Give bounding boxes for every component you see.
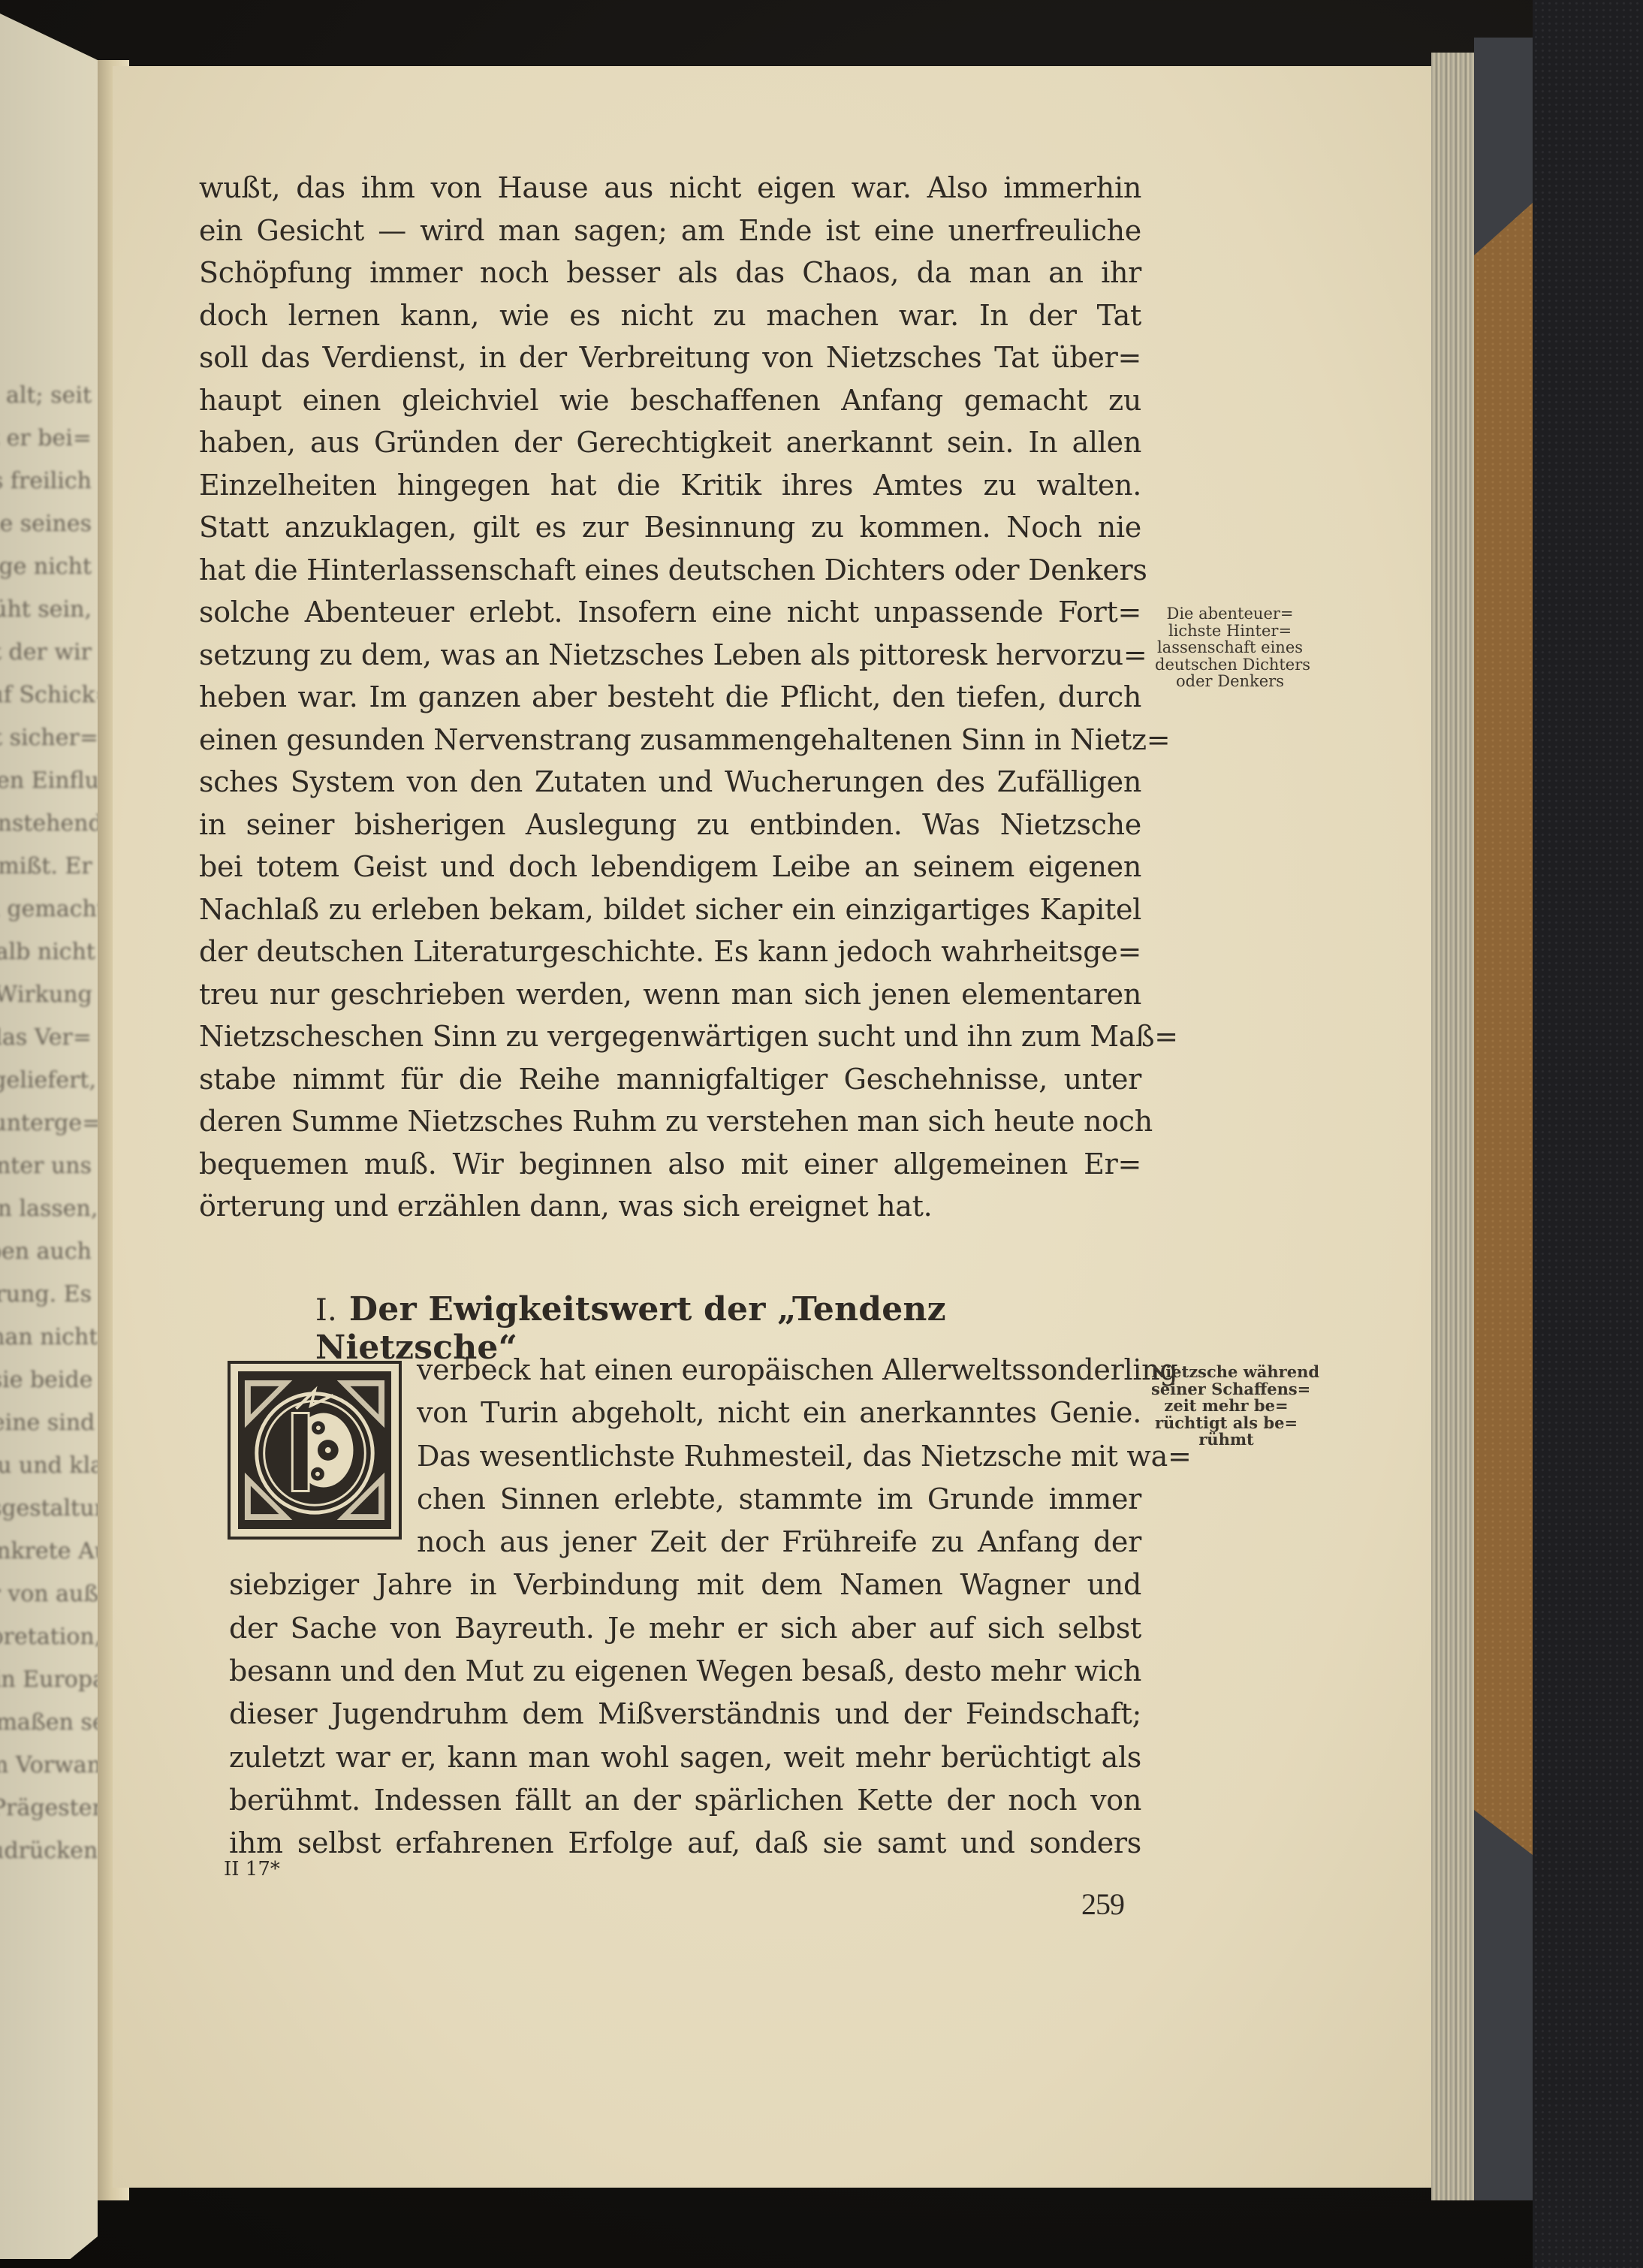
left-page-line: mit der wir <box>0 631 92 674</box>
left-page-line: ie konkrete Aus= <box>0 1530 92 1573</box>
text-line: doch lernen kann, wie es nicht zu machen… <box>199 294 1141 337</box>
left-page-line: bemüht sein, <box>0 588 92 631</box>
text-line: sches System von den Zutaten und Wucheru… <box>199 761 1141 804</box>
text-line: siebziger Jahre in Verbindung mit dem Na… <box>229 1564 1141 1606</box>
left-page-line: ichsten Einfluß <box>0 759 92 802</box>
left-page-line: mmenstehenden <box>0 802 92 845</box>
text-line: örterung und erzählen dann, was sich ere… <box>199 1185 1141 1228</box>
left-page-line: ch auf Schick= <box>0 674 92 716</box>
left-page-line: Zeit in Europa <box>0 1658 92 1701</box>
text-line: soll das Verdienst, in der Verbreitung v… <box>199 336 1141 379</box>
text-line: besann und den Mut zu eigenen Wegen besa… <box>229 1650 1141 1693</box>
text-line: dieser Jugendruhm dem Mißverständnis und… <box>229 1693 1141 1736</box>
left-page-line: bleiben auch <box>0 1230 92 1273</box>
text-line: treu nur geschrieben werden, wenn man si… <box>199 973 1141 1016</box>
text-line: bei totem Geist und doch lebendigem Leib… <box>199 846 1141 888</box>
left-page-line: e unter uns <box>0 1145 92 1187</box>
text-line: ein Gesicht — wird man sagen; am Ende is… <box>199 210 1141 252</box>
text-line: in seiner bisherigen Auslegung zu entbin… <box>199 804 1141 846</box>
marginal-line: zeit mehr be= <box>1151 1398 1301 1415</box>
marginal-line: Nietzsche während <box>1151 1364 1301 1381</box>
text-line: der deutschen Literaturgeschichte. Es ka… <box>199 930 1141 973</box>
text-line: einen gesunden Nervenstrang zusammengeha… <box>199 719 1141 762</box>
left-page-line: r Ausgestaltung <box>0 1487 92 1530</box>
left-page-line: m ist er bei= <box>0 417 92 460</box>
marginal-line: lichste Hinter= <box>1155 623 1305 640</box>
background-cloth-right <box>1533 0 1643 2268</box>
page-block-edges <box>1431 53 1476 2200</box>
text-line: deren Summe Nietzsches Ruhm zu verstehen… <box>199 1100 1141 1143</box>
marginal-note-2: Nietzsche währendseiner Schaffens=zeit m… <box>1151 1364 1301 1449</box>
marginal-line: seiner Schaffens= <box>1151 1381 1301 1398</box>
text-line: Nachlaß zu erleben bekam, bildet sicher … <box>199 888 1141 931</box>
left-page-line: nterpretation, die <box>0 1615 92 1658</box>
text-line: solche Abenteuer erlebt. Insofern eine n… <box>199 591 1141 634</box>
text-line: haupt einen gleichviel wie beschaffenen … <box>199 379 1141 422</box>
marginal-line: rüchtigt als be= <box>1151 1415 1301 1432</box>
left-page-line: iner Wirkung <box>0 973 92 1016</box>
left-page-line: r dem Vorwand <box>0 1744 92 1787</box>
left-page-line: uns freilich <box>0 460 92 502</box>
page-number: 259 <box>1081 1886 1124 1922</box>
marginal-line: lassenschaft eines <box>1155 639 1305 656</box>
left-facing-page: hre alt; seitm ist er bei=uns freilichfa… <box>0 14 98 2259</box>
marginal-note-1: Die abenteuer=lichste Hinter=lassenschaf… <box>1155 605 1305 690</box>
left-page-line: nen Prägestempel <box>0 1787 92 1829</box>
left-page-line: issermaßen selb= <box>0 1701 92 1744</box>
marginal-line: Die abenteuer= <box>1155 605 1305 623</box>
left-page-line: Erfolge nicht <box>0 545 92 588</box>
left-page-line: einer von außen <box>0 1573 92 1615</box>
text-line: stabe nimmt für die Reihe mannigfaltiger… <box>199 1058 1141 1101</box>
left-page-line: mmen lassen, <box>0 1187 92 1230</box>
text-line: der Sache von Bayreuth. Je mehr er sich … <box>229 1607 1141 1650</box>
text-line: chen Sinnen erlebte, stammte im Grunde i… <box>417 1478 1141 1521</box>
left-page-line: er das Ver= <box>0 1016 92 1059</box>
left-page-line: derung. Es <box>0 1273 92 1316</box>
left-page-line: fache seines <box>0 502 92 545</box>
text-line: Das wesentlichste Ruhmesteil, das Nietzs… <box>417 1435 1141 1478</box>
marginal-line: rühmt <box>1151 1431 1301 1449</box>
text-line: Einzelheiten hingegen hat die Kritik ihr… <box>199 464 1141 507</box>
left-page-line: redet sicher= <box>0 716 92 759</box>
left-page-line: die man nicht <box>0 1316 92 1359</box>
text-line: noch aus jener Zeit der Frühreife zu Anf… <box>417 1521 1141 1564</box>
marginal-line: deutschen Dichters <box>1155 656 1305 674</box>
text-line: Schöpfung immer noch besser als das Chao… <box>199 252 1141 294</box>
left-page-line: g beimißt. Er <box>0 845 92 888</box>
left-page-line: icht geliefert, <box>0 1059 92 1102</box>
text-line: Nietzscheschen Sinn zu vergegenwärtigen … <box>199 1015 1141 1058</box>
text-line: berühmt. Indessen fällt an der spärliche… <box>229 1779 1141 1822</box>
signature-mark: II 17* <box>224 1858 280 1880</box>
left-page-line: hre alt; seit <box>0 374 92 417</box>
book-spine-leather <box>1474 203 1533 1893</box>
body-paragraph-2: verbeck hat einen europäischen Allerwelt… <box>229 1349 1141 1865</box>
text-line: wußt, das ihm von Hause aus nicht eigen … <box>199 167 1141 210</box>
text-line: setzung zu dem, was an Nietzsches Leben … <box>199 634 1141 677</box>
text-line: von Turin abgeholt, nicht ein anerkannte… <box>417 1392 1141 1434</box>
left-page-line: , da sie beide <box>0 1359 92 1401</box>
left-page-line: und unterge= <box>0 1102 92 1145</box>
text-line: haben, aus Gründen der Gerechtigkeit ane… <box>199 421 1141 464</box>
text-line: verbeck hat einen europäischen Allerwelt… <box>417 1349 1141 1392</box>
text-line: hat die Hinterlassenschaft eines deutsch… <box>199 549 1141 592</box>
left-page-text-fragments: hre alt; seitm ist er bei=uns freilichfa… <box>0 374 92 1872</box>
text-line: Statt anzuklagen, gilt es zur Besinnung … <box>199 506 1141 549</box>
left-page-line: aufzudrücken ge= <box>0 1829 92 1872</box>
text-line: ihm selbst erfahrenen Erfolge auf, daß s… <box>229 1822 1141 1865</box>
text-line: heben war. Im ganzen aber besteht die Pf… <box>199 676 1141 719</box>
text-line: zuletzt war er, kann man wohl sagen, wei… <box>229 1736 1141 1779</box>
marginal-line: oder Denkers <box>1155 673 1305 690</box>
left-page-line: Das eine sind <box>0 1401 92 1444</box>
left-page-line: ltend gemacht, <box>0 888 92 930</box>
body-paragraph-1: wußt, das ihm von Hause aus nicht eigen … <box>199 167 1141 1228</box>
left-page-line: deshalb nicht <box>0 930 92 973</box>
left-page-line: genau und klar <box>0 1444 92 1487</box>
text-line: bequemen muß. Wir beginnen also mit eine… <box>199 1143 1141 1186</box>
section-number: I. <box>315 1293 337 1328</box>
